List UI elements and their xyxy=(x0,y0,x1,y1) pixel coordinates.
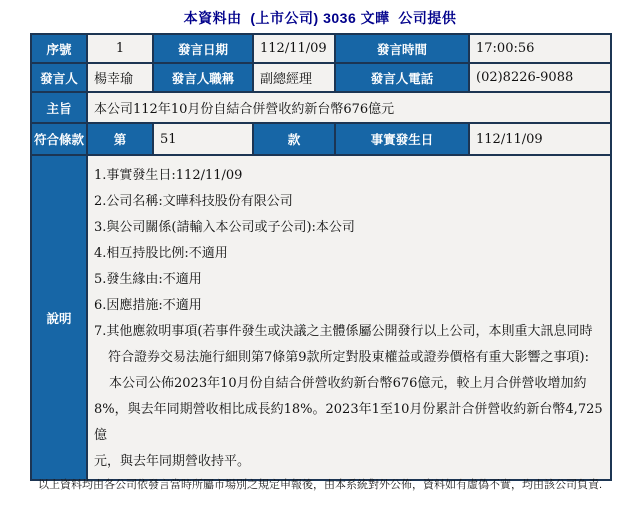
description-line: 2.公司名稱:文曄科技股份有限公司 xyxy=(94,189,606,215)
description-line: 本公司公佈2023年10月份自結合併營收約新台幣676億元，較上月合併營收增加約 xyxy=(94,371,606,397)
row-seq-date-time: 序號 1 發言日期 112/11/09 發言時間 17:00:56 xyxy=(31,34,611,63)
description-line: 1.事實發生日:112/11/09 xyxy=(94,163,606,189)
disclaimer-text: 以上資料均由各公司依發言當時所屬市場別之規定申報後，由本系統對外公佈，資料如有虛… xyxy=(0,476,640,492)
seq-label: 序號 xyxy=(31,34,87,63)
fact-date-label: 事實發生日 xyxy=(335,123,469,155)
speaker-phone-label: 發言人電話 xyxy=(335,63,469,92)
speaker-value: 楊幸瑜 xyxy=(87,63,153,92)
seq-value: 1 xyxy=(87,34,153,63)
description-line: 8%，與去年同期營收相比成長約18%。2023年1至10月份累計合併營收約新台幣… xyxy=(94,397,606,449)
description-line: 7.其他應敘明事項(若事件發生或決議之主體係屬公開發行以上公司，本則重大訊息同時 xyxy=(94,319,606,345)
clause-label: 符合條款 xyxy=(31,123,87,155)
speak-time-label: 發言時間 xyxy=(335,34,469,63)
announcement-table: 序號 1 發言日期 112/11/09 發言時間 17:00:56 發言人 楊幸… xyxy=(30,33,612,481)
speaker-title-label: 發言人職稱 xyxy=(153,63,253,92)
description-line: 5.發生緣由:不適用 xyxy=(94,267,606,293)
description-line: 元，與去年同期營收持平。 xyxy=(94,449,606,475)
speak-date-label: 發言日期 xyxy=(153,34,253,63)
row-description: 說明 1.事實發生日:112/11/09 2.公司名稱:文曄科技股份有限公司 3… xyxy=(31,155,611,480)
description-line: 3.與公司關係(請輸入本公司或子公司):本公司 xyxy=(94,215,606,241)
row-speaker: 發言人 楊幸瑜 發言人職稱 副總經理 發言人電話 (02)8226-9088 xyxy=(31,63,611,92)
speaker-label: 發言人 xyxy=(31,63,87,92)
speaker-phone-value: (02)8226-9088 xyxy=(469,63,611,92)
description-line: 6.因應措施:不適用 xyxy=(94,293,606,319)
description-line: 4.相互持股比例:不適用 xyxy=(94,241,606,267)
clause-number-value: 51 xyxy=(153,123,253,155)
clause-prefix: 第 xyxy=(87,123,153,155)
subject-label: 主旨 xyxy=(31,92,87,123)
description-content: 1.事實發生日:112/11/09 2.公司名稱:文曄科技股份有限公司 3.與公… xyxy=(87,155,611,480)
description-label: 說明 xyxy=(31,155,87,480)
speaker-title-value: 副總經理 xyxy=(253,63,335,92)
description-line: 符合證券交易法施行細則第7條第9款所定對股東權益或證券價格有重大影響之事項): xyxy=(94,345,606,371)
speak-time-value: 17:00:56 xyxy=(469,34,611,63)
clause-suffix: 款 xyxy=(253,123,335,155)
subject-value: 本公司112年10月份自結合併營收約新台幣676億元 xyxy=(87,92,611,123)
row-clause-factdate: 符合條款 第 51 款 事實發生日 112/11/09 xyxy=(31,123,611,155)
provider-header: 本資料由 (上市公司) 3036 文曄 公司提供 xyxy=(0,8,640,28)
row-subject: 主旨 本公司112年10月份自結合併營收約新台幣676億元 xyxy=(31,92,611,123)
fact-date-value: 112/11/09 xyxy=(469,123,611,155)
speak-date-value: 112/11/09 xyxy=(253,34,335,63)
